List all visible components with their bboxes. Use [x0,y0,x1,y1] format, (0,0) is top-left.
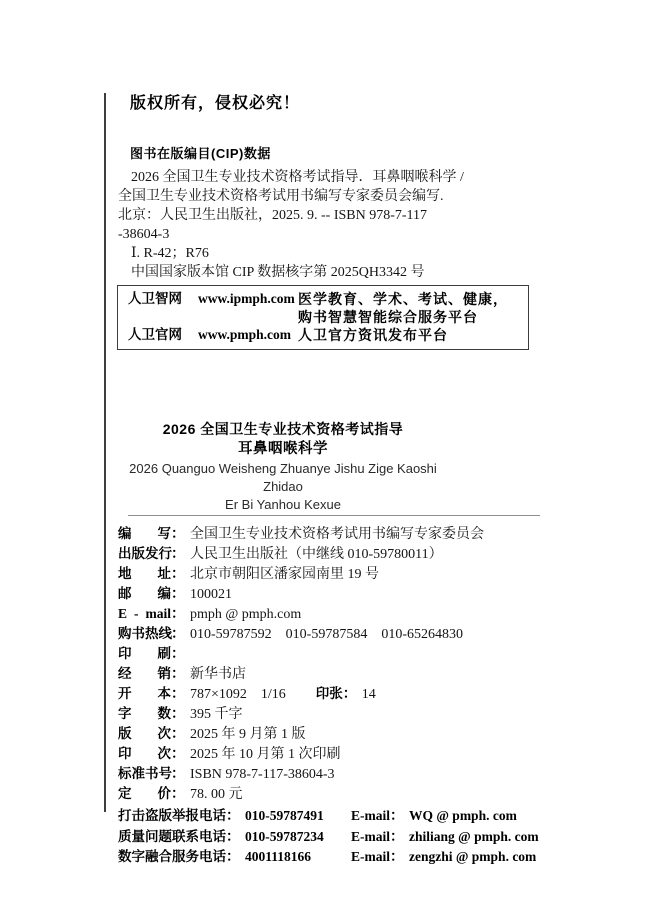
detail-row: 字数：395 千字 [118,704,550,724]
email-label: E-mail [351,827,390,847]
email-label: E-mail [351,847,390,867]
cip-line: Ⅰ. R-42；R76 [118,244,550,263]
sheets-label: 印张 [316,684,343,703]
label-colon: ： [171,665,185,684]
detail-label: 定价 [118,784,171,803]
services-row: 人卫官网 www.pmph.com 人卫官方资讯发布平台 [128,326,520,344]
detail-row: 购书热线：010-59787592 010-59787584 010-65264… [118,624,550,644]
detail-row: 邮编：100021 [118,584,550,604]
detail-value: 787×1092 1/16 [190,685,286,704]
book-copyright-page: 版权所有，侵权必究！ 图书在版编目(CIP)数据 2026 全国卫生专业技术资格… [0,0,656,900]
detail-value: 100021 [190,585,232,604]
brand-description: 人卫官方资讯发布平台 [298,326,520,344]
label-colon: ： [171,725,185,744]
label-colon: ： [226,828,240,848]
cip-line: 中国国家版本馆 CIP 数据核字第 2025QH3342 号 [118,263,550,282]
brand-name: 人卫官网 [128,326,198,344]
hotline-email: WQ @ pmph. com [409,806,517,826]
cip-line: 2026 全国卫生专业技术资格考试指导．耳鼻咽喉科学 / [118,168,550,187]
hotline-phone: 010-59787491 [245,806,347,826]
detail-row: 出版发行：人民卫生出版社（中继线 010-59780011） [118,544,550,564]
detail-value: 2025 年 10 月第 1 次印刷 [190,745,341,764]
label-colon: ： [390,807,404,827]
detail-value: ISBN 978-7-117-38604-3 [190,765,335,784]
detail-value: pmph @ pmph.com [190,605,301,624]
divider-rule [128,515,540,516]
publication-details: 编写：全国卫生专业技术资格考试用书编写专家委员会 出版发行：人民卫生出版社（中继… [118,524,550,804]
detail-label: 地址 [118,564,171,583]
label-colon: ： [171,545,185,564]
hotline-section: 打击盗版举报电话：010-59787491E-mail：WQ @ pmph. c… [118,806,550,868]
hotline-row: 质量问题联系电话：010-59787234E-mail：zhiliang @ p… [118,827,550,848]
label-colon: ： [171,785,185,804]
detail-label: 字数 [118,704,171,723]
detail-value: 395 千字 [190,705,243,724]
label-colon: ： [171,645,185,664]
detail-label: 邮编 [118,584,171,603]
detail-label: 印次 [118,744,171,763]
detail-value: 78. 00 元 [190,785,243,804]
detail-value: 010-59787592 010-59787584 010-65264830 [190,625,463,644]
brand-name: 人卫智网 [128,290,198,308]
hotline-label: 质量问题联系电话 [118,827,226,847]
hotline-row: 数字融合服务电话：4001118166E-mail：zengzhi @ pmph… [118,847,550,868]
hotline-label: 数字融合服务电话 [118,847,226,867]
book-title-cn: 2026 全国卫生专业技术资格考试指导 [118,419,448,439]
label-colon: ： [171,625,185,644]
detail-row: 编写：全国卫生专业技术资格考试用书编写专家委员会 [118,524,550,544]
label-colon: ： [171,525,185,544]
label-colon: ： [171,765,185,784]
detail-row: 开本：787×1092 1/16印张：14 [118,684,550,704]
label-colon: ： [171,685,185,704]
detail-value: 北京市朝阳区潘家园南里 19 号 [190,565,379,584]
services-row: 购书智慧智能综合服务平台 [128,308,520,326]
email-label: E-mail [351,806,390,826]
book-title-pinyin: 2026 Quanguo Weisheng Zhuanye Jishu Zige… [118,460,448,496]
hotline-email: zhiliang @ pmph. com [409,827,539,847]
cip-line: 北京：人民卫生出版社，2025. 9. -- ISBN 978-7-117 [118,206,550,225]
cip-line: -38604-3 [118,225,550,244]
label-colon: ： [171,745,185,764]
brand-name [128,308,198,326]
copyright-notice: 版权所有，侵权必究！ [130,93,550,115]
detail-label: 购书热线 [118,624,171,643]
hotline-email: zengzhi @ pmph. com [409,847,536,867]
detail-label: 经销 [118,664,171,683]
detail-row: 版次：2025 年 9 月第 1 版 [118,724,550,744]
detail-row: E - mail：pmph @ pmph.com [118,604,550,624]
brand-description: 医学教育、学术、考试、健康， [298,290,520,308]
label-colon: ： [390,848,404,868]
detail-label: 出版发行 [118,544,171,563]
detail-label: 编写 [118,524,171,543]
brand-url: www.ipmph.com [198,290,298,308]
page-content: 版权所有，侵权必究！ 图书在版编目(CIP)数据 2026 全国卫生专业技术资格… [104,0,550,868]
hotline-row: 打击盗版举报电话：010-59787491E-mail：WQ @ pmph. c… [118,806,550,827]
sheets-value: 14 [362,685,376,704]
detail-value: 新华书店 [190,665,246,684]
detail-label: E - mail [118,604,171,623]
book-title-block: 2026 全国卫生专业技术资格考试指导 耳鼻咽喉科学 2026 Quanguo … [118,419,448,514]
cip-data-block: 2026 全国卫生专业技术资格考试指导．耳鼻咽喉科学 / 全国卫生专业技术资格考… [118,168,550,282]
detail-row: 印次：2025 年 10 月第 1 次印刷 [118,744,550,764]
detail-row: 地址：北京市朝阳区潘家园南里 19 号 [118,564,550,584]
detail-value: 人民卫生出版社（中继线 010-59780011） [190,545,443,564]
label-colon: ： [390,828,404,848]
label-colon: ： [171,585,185,604]
label-colon: ： [226,807,240,827]
detail-row: 标准书号：ISBN 978-7-117-38604-3 [118,764,550,784]
label-colon: ： [171,605,185,624]
detail-value: 全国卫生专业技术资格考试用书编写专家委员会 [190,525,484,544]
hotline-phone: 4001118166 [245,847,347,867]
detail-label: 版次 [118,724,171,743]
label-colon: ： [226,848,240,868]
detail-value: 2025 年 9 月第 1 版 [190,725,306,744]
brand-url: www.pmph.com [198,326,298,344]
detail-row: 定价：78. 00 元 [118,784,550,804]
detail-label: 开本 [118,684,171,703]
cip-heading: 图书在版编目(CIP)数据 [130,145,550,163]
cip-line: 全国卫生专业技术资格考试用书编写专家委员会编写. [118,187,550,206]
hotline-phone: 010-59787234 [245,827,347,847]
label-colon: ： [171,565,185,584]
hotline-label: 打击盗版举报电话 [118,806,226,826]
book-subtitle-pinyin: Er Bi Yanhou Kexue [118,496,448,514]
detail-row: 印刷： [118,644,550,664]
brand-url [198,308,298,326]
detail-row: 经销：新华书店 [118,664,550,684]
detail-label: 标准书号 [118,764,171,783]
book-subtitle-cn: 耳鼻咽喉科学 [118,439,448,460]
publisher-services-box: 人卫智网 www.ipmph.com 医学教育、学术、考试、健康， 购书智慧智能… [117,285,529,350]
label-colon: ： [171,705,185,724]
label-colon: ： [343,685,357,704]
services-row: 人卫智网 www.ipmph.com 医学教育、学术、考试、健康， [128,290,520,308]
brand-description: 购书智慧智能综合服务平台 [298,308,520,326]
detail-label: 印刷 [118,644,171,663]
